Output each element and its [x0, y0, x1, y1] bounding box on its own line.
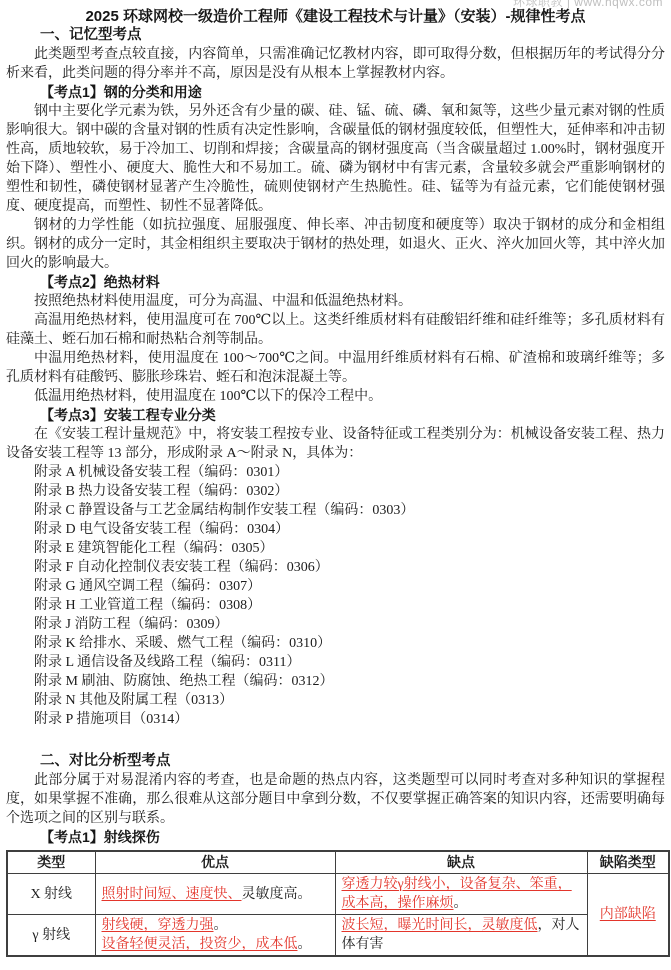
appendix-item-l: 附录 L 通信设备及线路工程（编码：0311） — [34, 653, 665, 672]
appendix-item-d: 附录 D 电气设备安装工程（编码：0304） — [34, 520, 665, 539]
kp-radiography-heading: 【考点1】射线探伤 — [40, 828, 665, 847]
defect-type-highlight: 内部缺陷 — [600, 907, 656, 922]
appendix-item-p: 附录 P 措施项目（0314） — [34, 710, 665, 729]
appendix-item-m: 附录 M 刷油、防腐蚀、绝热工程（编码：0312） — [34, 672, 665, 691]
x-ray-pros-highlight: 照射时间短、速度快、 — [102, 887, 242, 902]
col-header-defect-type: 缺陷类型 — [587, 851, 669, 874]
col-header-type: 类型 — [7, 851, 95, 874]
col-header-cons: 缺点 — [335, 851, 587, 874]
appendix-item-e: 附录 E 建筑智能化工程（编码：0305） — [34, 539, 665, 558]
document-page: 环球职教 | www.hqwx.com 2025 环球网校一级造价工程师《建设工… — [0, 0, 671, 970]
cell-gamma-ray-type: γ 射线 — [7, 915, 95, 957]
watermark: 环球职教 | www.hqwx.com — [513, 0, 663, 12]
section-2-intro: 此部分属于对易混淆内容的考查，也是命题的热点内容，这类题型可以同时考查对多种知识… — [6, 771, 665, 828]
kp2-paragraph-2: 高温用绝热材料，使用温度可在 700℃以上。这类纤维质材料有硅酸铝纤维和硅纤维等… — [6, 311, 665, 349]
gamma-pros-line1-plain: 。 — [214, 918, 228, 933]
appendix-item-k: 附录 K 给排水、采暖、燃气工程（编码：0310） — [34, 634, 665, 653]
col-header-pros: 优点 — [95, 851, 335, 874]
table-row-x-ray: X 射线 照射时间短、速度快、灵敏度高。 穿透力较γ射线小，设备复杂、笨重，成本… — [7, 874, 669, 915]
cell-gamma-ray-pros: 射线硬，穿透力强。设备轻便灵活，投资少，成本低。 — [95, 915, 335, 957]
cell-gamma-ray-cons: 波长短，曝光时间长，灵敏度低，对人体有害 — [335, 915, 587, 957]
gamma-pros-line2-plain: 。 — [298, 937, 312, 952]
gamma-cons-highlight: 波长短，曝光时间长，灵敏度低 — [342, 918, 538, 933]
kp3-paragraph-1: 在《安装工程计量规范》中，将安装工程按专业、设备特征或工程类别分为：机械设备安装… — [6, 425, 665, 463]
cell-defect-type: 内部缺陷 — [587, 874, 669, 957]
kp2-paragraph-4: 低温用绝热材料，使用温度在 100℃以下的保冷工程中。 — [6, 387, 665, 406]
section-1-intro: 此类题型考查点较直接，内容简单，只需准确记忆教材内容，即可取得分数，但根据历年的… — [6, 45, 665, 83]
appendix-item-f: 附录 F 自动化控制仪表安装工程（编码：0306） — [34, 558, 665, 577]
gamma-pros-line1-highlight: 射线硬，穿透力强 — [102, 918, 214, 933]
table-row-gamma-ray: γ 射线 射线硬，穿透力强。设备轻便灵活，投资少，成本低。 波长短，曝光时间长，… — [7, 915, 669, 957]
appendix-item-a: 附录 A 机械设备安装工程（编码：0301） — [34, 463, 665, 482]
appendix-item-c: 附录 C 静置设备与工艺金属结构制作安装工程（编码：0303） — [34, 501, 665, 520]
table-header-row: 类型 优点 缺点 缺陷类型 — [7, 851, 669, 874]
appendix-item-g: 附录 G 通风空调工程（编码：0307） — [34, 577, 665, 596]
cell-x-ray-type: X 射线 — [7, 874, 95, 915]
kp2-paragraph-3: 中温用绝热材料，使用温度在 100～700℃之间。中温用纤维质材料有石棉、矿渣棉… — [6, 349, 665, 387]
x-ray-pros-plain: 灵敏度高。 — [242, 887, 312, 902]
section-1-heading: 一、记忆型考点 — [40, 26, 665, 45]
kp2-paragraph-1: 按照绝热材料使用温度，可分为高温、中温和低温绝热材料。 — [6, 292, 665, 311]
section-2-heading: 二、对比分析型考点 — [40, 752, 665, 771]
appendix-item-j: 附录 J 消防工程（编码：0309） — [34, 615, 665, 634]
kp1-steel-heading: 【考点1】钢的分类和用途 — [40, 83, 665, 102]
cell-x-ray-pros: 照射时间短、速度快、灵敏度高。 — [95, 874, 335, 915]
kp1-paragraph-2: 钢材的力学性能（如抗拉强度、屈服强度、伸长率、冲击韧度和硬度等）取决于钢材的成分… — [6, 216, 665, 273]
kp1-paragraph-1: 钢中主要化学元素为铁，另外还含有少量的碳、硅、锰、硫、磷、氧和氮等，这些少量元素… — [6, 102, 665, 216]
x-ray-cons-plain: 。 — [454, 896, 468, 911]
cell-x-ray-cons: 穿透力较γ射线小，设备复杂、笨重，成本高，操作麻烦。 — [335, 874, 587, 915]
appendix-list: 附录 A 机械设备安装工程（编码：0301） 附录 B 热力设备安装工程（编码：… — [6, 463, 665, 729]
appendix-item-n: 附录 N 其他及附属工程（0313） — [34, 691, 665, 710]
kp3-classification-heading: 【考点3】安装工程专业分类 — [40, 406, 665, 425]
radiography-table: 类型 优点 缺点 缺陷类型 X 射线 照射时间短、速度快、灵敏度高。 穿透力较γ… — [6, 850, 670, 957]
appendix-item-h: 附录 H 工业管道工程（编码：0308） — [34, 596, 665, 615]
kp2-insulation-heading: 【考点2】绝热材料 — [40, 273, 665, 292]
gamma-pros-line2-highlight: 设备轻便灵活，投资少，成本低 — [102, 937, 298, 952]
appendix-item-b: 附录 B 热力设备安装工程（编码：0302） — [34, 482, 665, 501]
